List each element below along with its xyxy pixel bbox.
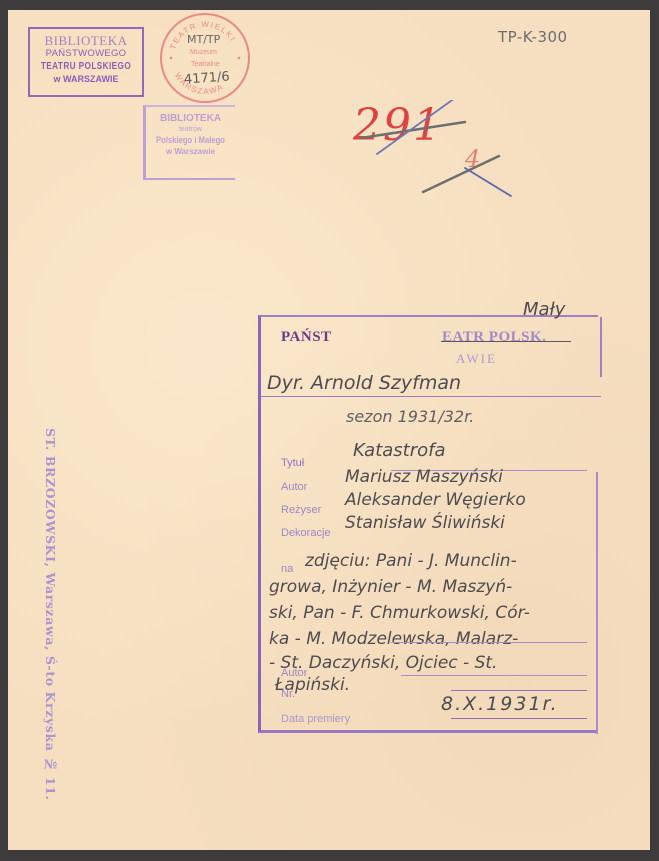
- footer-label-author: Autor: [281, 667, 307, 679]
- field-label-title: Tytuł: [281, 457, 304, 469]
- photo-desc-line2: growa, Inżynier - M. Maszyń-: [269, 577, 512, 597]
- card-border-right-top: [600, 317, 602, 377]
- field-value-director: Aleksander Węgierko: [345, 490, 526, 510]
- field-label-author: Autor: [281, 481, 307, 493]
- photo-desc-line3: ski, Pan - F. Chmurkowski, Cór-: [269, 603, 530, 623]
- photo-label: na: [281, 563, 293, 575]
- director-line: Dyr. Arnold Szyfman: [267, 372, 461, 394]
- catalog-card-stamp: PAŃST EATR POLSK. AWIE Mały Dyr. Arnold …: [258, 315, 598, 733]
- strike-lines-icon: [353, 100, 523, 200]
- card-header-left: PAŃST: [281, 329, 332, 346]
- photo-desc-line4: ka - M. Modzelewska, Malarz-: [269, 629, 518, 649]
- photo-rule-1: [391, 642, 587, 643]
- library-stamp-line4: w WARSZAWIE: [30, 73, 142, 85]
- faded-stamp-line1: BIBLIOTEKA: [146, 113, 235, 124]
- museum-code: MT/TP: [187, 33, 220, 46]
- field-label-set-design: Dekoracje: [281, 527, 331, 539]
- crossed-out-numbers: 291 4: [353, 100, 523, 200]
- library-stamp-line1: BIBLIOTEKA: [30, 34, 142, 48]
- museum-round-stamp: TEATR WIELKI WARSZAWA MT/TP Muzeum Teatr…: [160, 13, 250, 103]
- card-header-sub: AWIE: [456, 351, 497, 367]
- library-stamp: BIBLIOTEKA PAŃSTWOWEGO TEATRU POLSKIEGO …: [28, 27, 144, 97]
- handwritten-correction: Mały: [523, 299, 565, 320]
- museum-center-line1: Muzeum: [190, 49, 217, 56]
- document-sheet: BIBLIOTEKA PAŃSTWOWEGO TEATRU POLSKIEGO …: [8, 10, 650, 850]
- field-value-author: Mariusz Maszyński: [345, 467, 503, 487]
- faded-stamp-line3: Polskiego i Małego: [153, 135, 229, 145]
- stamp-ring-text-icon: TEATR WIELKI WARSZAWA: [162, 15, 248, 101]
- library-stamp-line3: TEATRU POLSKIEGO: [40, 60, 132, 73]
- premiere-date-value: 8.X.1931r.: [441, 693, 559, 715]
- card-border-right-bottom: [596, 472, 598, 734]
- footer-rule-date: [451, 718, 587, 719]
- printer-imprint: ST. BRZOZOWSKI, Warszawa, Ś-to Krzyska №…: [43, 428, 58, 800]
- catalog-number: TP-K-300: [498, 28, 568, 46]
- footer-label-premiere-date: Data premiery: [281, 713, 350, 725]
- faded-stamp-line4: w Warszawie: [146, 147, 235, 156]
- photo-desc-line1: zdjęciu: Pani - J. Munclin-: [305, 551, 517, 571]
- season-line: sezon 1931/32r.: [346, 407, 474, 426]
- field-value-set-design: Stanisław Śliwiński: [345, 513, 505, 533]
- header-divider: [261, 396, 601, 397]
- footer-rule-number: [451, 690, 587, 691]
- faded-stamp-line2: teatrów: [146, 126, 235, 133]
- card-header-right: EATR POLSK.: [442, 329, 546, 346]
- field-label-director: Reżyser: [281, 504, 321, 516]
- footer-label-number: Nr.: [281, 688, 295, 700]
- header-strike-line: [441, 341, 571, 342]
- faded-library-stamp: BIBLIOTEKA teatrów Polskiego i Małego w …: [143, 105, 235, 180]
- museum-inventory-number: 4171/6: [184, 69, 231, 87]
- museum-center-line2: Teatralne: [191, 61, 220, 68]
- footer-rule-author: [401, 675, 587, 676]
- field-value-title: Katastrofa: [353, 440, 446, 461]
- library-stamp-line2: PAŃSTWOWEGO: [30, 48, 142, 60]
